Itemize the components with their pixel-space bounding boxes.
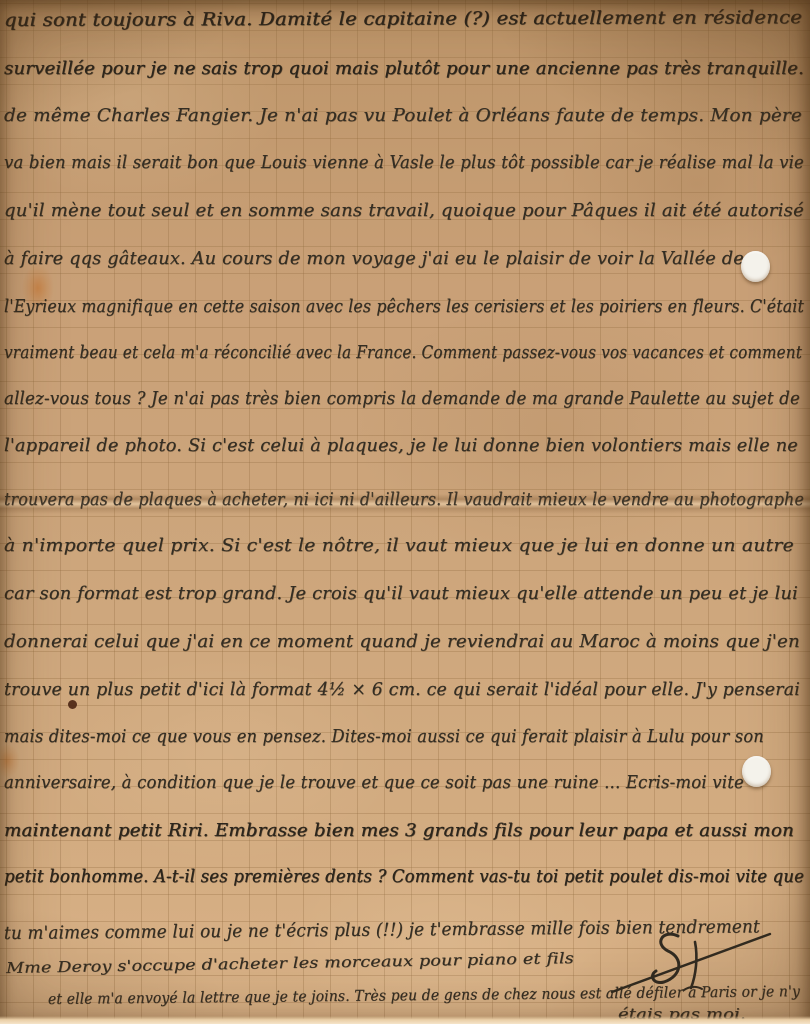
letter-postscript-line: Mme Deroy s'occupe d'acheter les morceau… [6, 948, 574, 978]
letter-line: mais dites-moi ce que vous en pensez. Di… [4, 724, 764, 750]
letter-line: tu m'aimes comme lui ou je ne t'écris pl… [4, 914, 760, 947]
letter-line: car son format est trop grand. Je crois … [4, 581, 798, 607]
letter-postscript-line: étais pas moi. [618, 1004, 746, 1024]
hole-punch [741, 251, 770, 282]
letter-line: anniversaire, à condition que je le trou… [4, 770, 744, 796]
letter-scan-page: qui sont toujours à Riva. Damité le capi… [0, 0, 810, 1024]
hole-punch [742, 756, 771, 787]
letter-line: trouve un plus petit d'ici là format 4½ … [4, 677, 800, 703]
letter-line: l'Eyrieux magnifique en cette saison ave… [4, 294, 804, 320]
letter-line: petit bonhomme. A-t-il ses premières den… [4, 864, 804, 890]
letter-line: vraiment beau et cela m'a réconcilié ave… [4, 340, 802, 366]
letter-line: trouvera pas de plaques à acheter, ni ic… [4, 487, 804, 513]
letter-line: l'appareil de photo. Si c'est celui à pl… [4, 433, 798, 459]
letter-line: qui sont toujours à Riva. Damité le capi… [4, 5, 802, 34]
letter-line: donnerai celui que j'ai en ce moment qua… [4, 629, 800, 655]
letter-line: maintenant petit Riri. Embrasse bien mes… [4, 818, 794, 844]
letter-line: surveillée pour je ne sais trop quoi mai… [4, 56, 804, 82]
letter-line: allez-vous tous ? Je n'ai pas très bien … [4, 386, 800, 412]
letter-line: à faire qqs gâteaux. Au cours de mon voy… [4, 246, 744, 272]
letter-line: de même Charles Fangier. Je n'ai pas vu … [4, 103, 802, 129]
letter-line: à n'importe quel prix. Si c'est le nôtre… [4, 533, 794, 559]
letter-line: va bien mais il serait bon que Louis vie… [4, 150, 804, 176]
letter-line: qu'il mène tout seul et en somme sans tr… [4, 198, 804, 224]
